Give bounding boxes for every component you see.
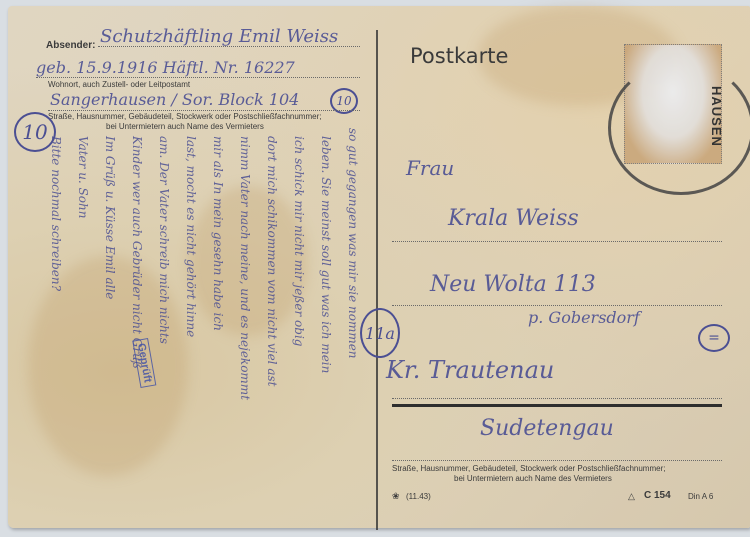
triangle-mark: △ [628,491,635,502]
form-code: C 154 [644,490,671,501]
card-divider [376,30,378,530]
din-format: Din A 6 [688,492,713,501]
strike-circle-mark: = [698,324,730,352]
dotted-line [392,241,722,242]
recipient-district: Kr. Trautenau [386,356,554,384]
message-line: last, mocht es nicht gehört hinne [184,136,198,337]
bottom-label-1: Straße, Hausnummer, Gebäudeteil, Stockwe… [392,464,665,473]
recipient-salutation: Frau [406,156,454,180]
recipient-post-office: p. Gobersdorf [528,308,640,327]
bottom-label-2: bei Untermietern auch Name des Vermieter… [454,474,612,483]
message-line: so gut gegangen was mir sie nommen [346,128,360,359]
printer-mark: ❀ [392,491,400,502]
sender-name: Schutzhäftling Emil Weiss [100,26,338,47]
message-line: mir als In mein gesehn habe ich [211,136,225,331]
message-line: nimm Vater nach meine, und es nejekommt [238,136,252,400]
sender-label: Absender: [46,40,95,51]
message-line: ich schick mir nicht mir jeßer obig [292,136,306,346]
postcard-title: Postkarte [410,44,508,68]
postmark-circle [608,61,750,195]
address-underline [392,404,722,407]
dotted-line [36,77,360,78]
recipient-street: Neu Wolta 113 [430,272,596,297]
postmark-text: HAUSEN [709,86,724,147]
print-date-code: (11.43) [406,492,431,501]
message-line: Kinder wer auch Gebrüder nicht Grüß [130,136,144,369]
postcard: Absender: Schutzhäftling Emil Weiss geb.… [8,6,750,528]
dotted-line [392,305,722,306]
message-line: Im Grüß u. Küsse Emil alle [103,136,117,299]
dotted-line [392,460,722,461]
recipient-circle-mark: 11a [360,308,400,358]
recipient-name: Krala Weiss [448,206,579,231]
message-line: Vater u. Sohn [76,136,90,218]
sender-line3-label-1: Straße, Hausnummer, Gebäudeteil, Stockwe… [48,112,321,121]
dotted-line [98,46,360,47]
message-line: Bitte nochmal schreiben? [49,136,63,291]
sender-line3-label-2: bei Untermietern auch Name des Vermieter… [106,122,264,131]
message-line: am. Der Vater schreib mich nichts [157,136,171,344]
dotted-line [392,398,722,399]
sender-address: Sangerhausen / Sor. Block 104 [50,90,299,109]
recipient-region: Sudetengau [480,416,614,441]
sender-birth-number: geb. 15.9.1916 Häftl. Nr. 16227 [36,58,295,77]
message-line: dort mich schikommen vom nicht viel ast [265,136,279,386]
message-line: leben. Sie meinst soll gut was ich mein [319,136,333,373]
dotted-line [48,110,360,111]
sender-line2-label: Wohnort, auch Zustell- oder Leitpostamt [48,80,190,89]
